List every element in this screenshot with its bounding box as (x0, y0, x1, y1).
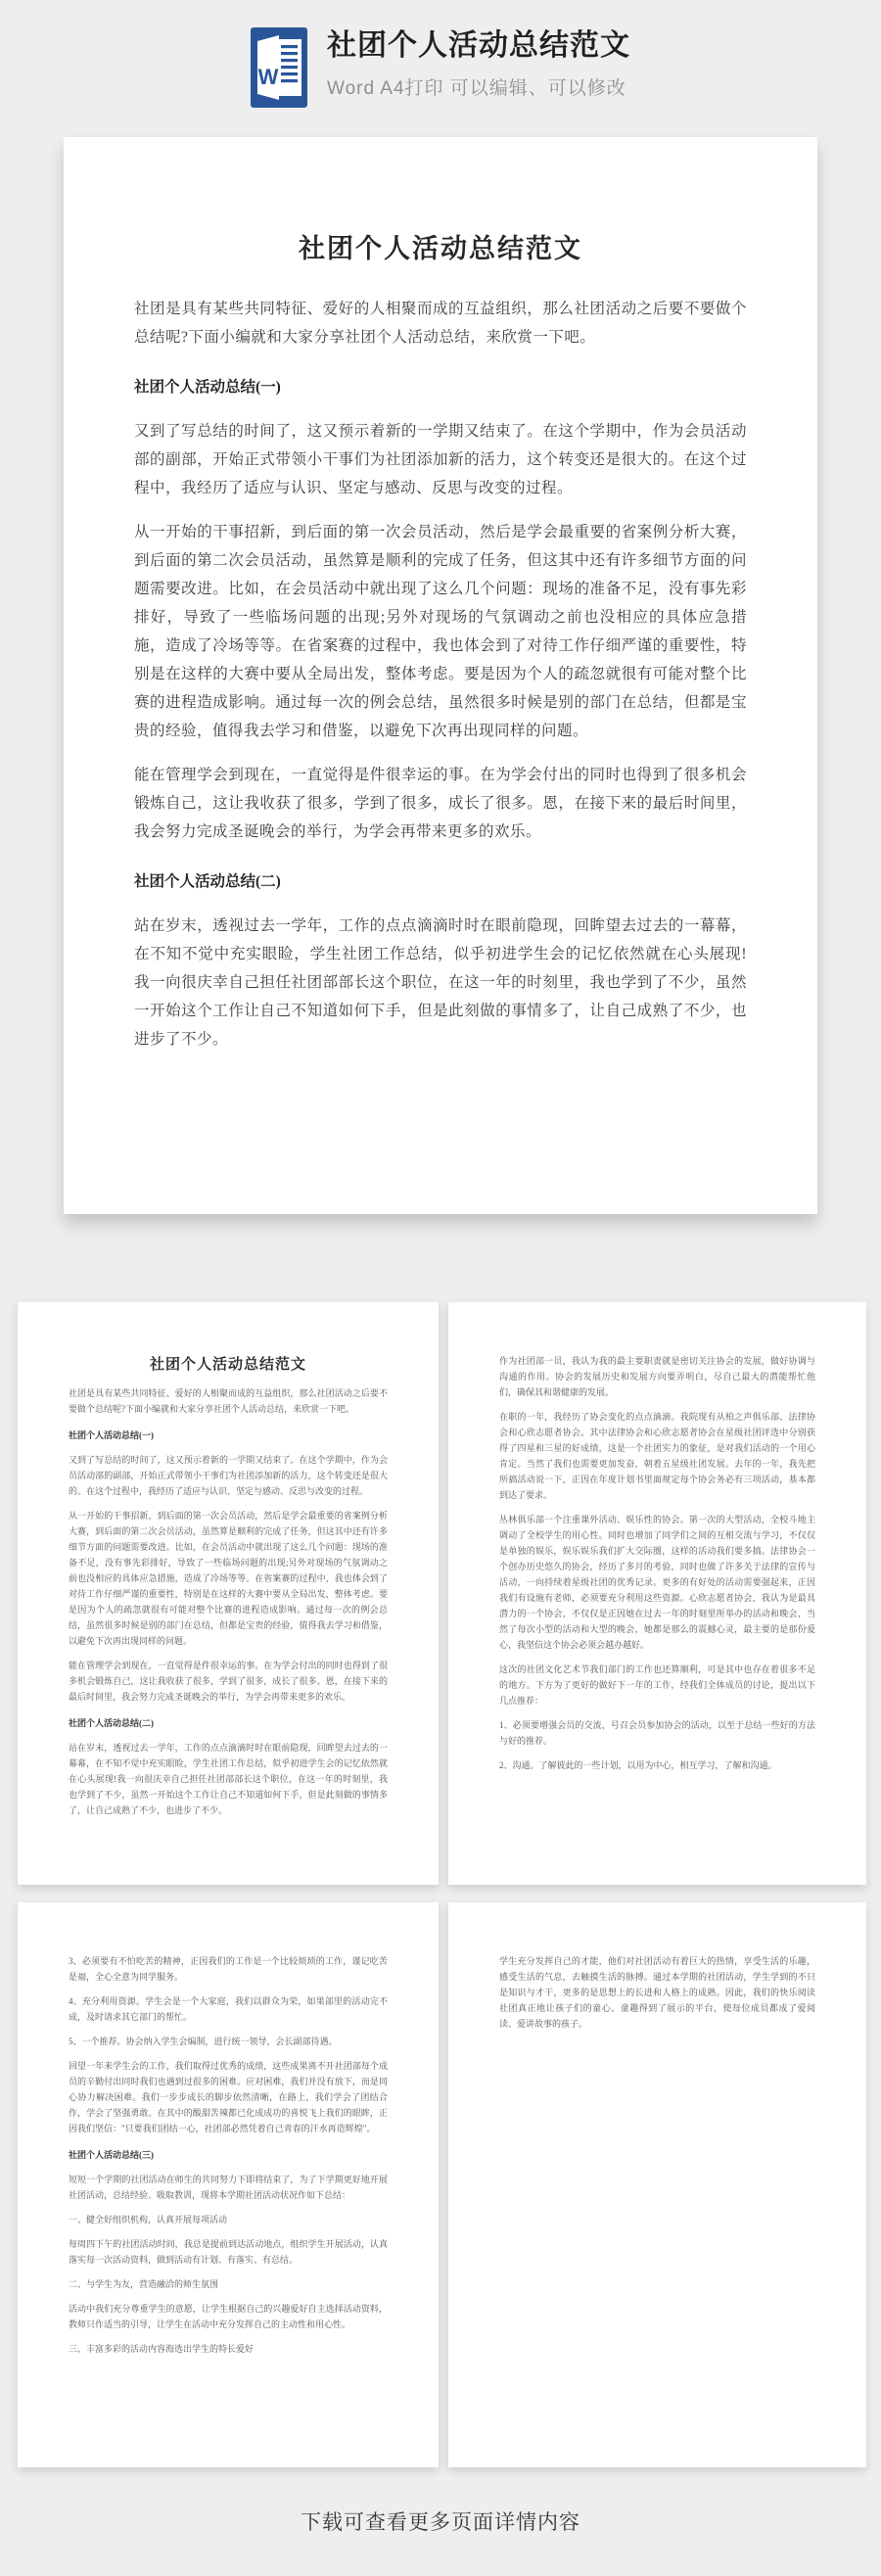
doc-heading: 社团个人活动总结(二) (69, 1715, 388, 1731)
page-thumbnail-2[interactable]: 作为社团部一员，我认为我的最主要职责就是密切关注协会的发展，做好协调与沟通的作用… (448, 1302, 866, 1885)
doc-heading: 社团个人活动总结(二) (134, 867, 747, 896)
doc-paragraph: 站在岁末，透视过去一学年，工作的点点滴滴时时在眼前隐现，回眸望去过去的一幕幕，在… (69, 1740, 388, 1818)
doc-paragraph: 每周四下午的社团活动时间，我总是提前到达活动地点，组织学生开展活动，认真落实每一… (69, 2236, 388, 2268)
doc-heading: 社团个人活动总结(一) (69, 1428, 388, 1443)
svg-text:W: W (258, 65, 279, 89)
doc-paragraph: 5、一个推荐。协会纳入学生会编制，进行统一领导，会长副部待遇。 (69, 2034, 388, 2049)
doc-paragraph: 1、必须要增强会员的交流，号召会员参加协会的活动，以至于总结一些好的方法与好的推… (499, 1717, 815, 1749)
doc-paragraph: 能在管理学会到现在，一直觉得是件很幸运的事。在为学会付出的同时也得到了很多机会锻… (69, 1658, 388, 1705)
doc-paragraph: 4、充分利用资源。学生会是一个大家庭，我们以群众为荣，如果部里的活动完不成，及时… (69, 1993, 388, 2025)
doc-paragraph: 丛林俱乐部一个注重课外活动、娱乐性的协会。第一次的大型活动，全校斗地主调动了全校… (499, 1512, 815, 1653)
header-text: 社团个人活动总结范文 Word A4打印 可以编辑、可以修改 (327, 27, 630, 100)
doc-paragraph: 在职的一年，我经历了协会变化的点点滴滴。我院现有从柏之声俱乐部、法律协会和心欣志… (499, 1409, 815, 1503)
doc-paragraph: 从一开始的干事招新，到后面的第一次会员活动，然后是学会最重要的省案例分析大赛，到… (69, 1508, 388, 1649)
doc-paragraph: 2、沟通。了解彼此的一些计划，以用为中心，相互学习，了解和沟通。 (499, 1757, 815, 1773)
doc-heading: 社团个人活动总结(三) (69, 2147, 388, 2163)
page-subtitle: Word A4打印 可以编辑、可以修改 (327, 73, 630, 100)
page-thumbnail-1[interactable]: 社团个人活动总结范文社团是具有某些共同特征、爱好的人相聚而成的互益组织，那么社团… (18, 1302, 439, 1885)
doc-paragraph: 三、丰富多彩的活动内容海选出学生的特长爱好 (69, 2341, 388, 2357)
header: W 社团个人活动总结范文 Word A4打印 可以编辑、可以修改 (0, 0, 881, 127)
doc-title: 社团个人活动总结范文 (134, 227, 747, 265)
doc-paragraph: 一、健全好组织机构，认真开展每项活动 (69, 2212, 388, 2227)
doc-paragraph: 短短一个学期的社团活动在师生的共同努力下即将结束了，为了下学期更好地开展社团活动… (69, 2172, 388, 2203)
page-thumbnail-3[interactable]: 3、必须要有不怕吃苦的精神，正因我们的工作是一个比较烦琐的工作，谨记吃苦是福，全… (18, 1902, 439, 2467)
doc-paragraph: 站在岁末，透视过去一学年，工作的点点滴滴时时在眼前隐现，回眸望去过去的一幕幕，在… (134, 912, 747, 1054)
doc-paragraph: 活动中我们充分尊重学生的意愿，让学生根据自己的兴趣爱好自主选择活动资料，教师只作… (69, 2301, 388, 2332)
doc-paragraph: 这次的社团文化艺术节我们部门的工作也还算顺利，可是其中也存在着很多不足的地方。下… (499, 1662, 815, 1709)
doc-paragraph: 又到了写总结的时间了，这又预示着新的一学期又结束了。在这个学期中，作为会员活动部… (69, 1452, 388, 1499)
doc-paragraph: 学生充分发挥自己的才能，他们对社团活动有着巨大的热情，享受生活的乐趣，感受生活的… (499, 1953, 815, 2032)
doc-paragraph: 从一开始的干事招新，到后面的第一次会员活动，然后是学会最重要的省案例分析大赛，到… (134, 518, 747, 745)
doc-paragraph: 又到了写总结的时间了，这又预示着新的一学期又结束了。在这个学期中，作为会员活动部… (134, 417, 747, 502)
doc-heading: 社团个人活动总结(一) (134, 373, 747, 401)
doc-paragraph: 回望一年来学生会的工作，我们取得过优秀的成绩，这些成果离不开社团部每个成员的辛勤… (69, 2058, 388, 2136)
page-title: 社团个人活动总结范文 (327, 27, 630, 65)
page-background: W 社团个人活动总结范文 Word A4打印 可以编辑、可以修改 社团个人活动总… (0, 0, 881, 2576)
doc-title: 社团个人活动总结范文 (69, 1353, 388, 1374)
doc-paragraph: 社团是具有某些共同特征、爱好的人相聚而成的互益组织，那么社团活动之后要不要做个总… (134, 295, 747, 351)
page-thumbnail-4[interactable]: 学生充分发挥自己的才能，他们对社团活动有着巨大的热情，享受生活的乐趣，感受生活的… (448, 1902, 866, 2467)
download-hint-text: 下载可查看更多页面详情内容 (0, 2506, 881, 2536)
word-icon: W (251, 27, 307, 108)
doc-paragraph: 社团是具有某些共同特征、爱好的人相聚而成的互益组织，那么社团活动之后要不要做个总… (69, 1385, 388, 1417)
doc-paragraph: 作为社团部一员，我认为我的最主要职责就是密切关注协会的发展，做好协调与沟通的作用… (499, 1353, 815, 1400)
doc-paragraph: 能在管理学会到现在，一直觉得是件很幸运的事。在为学会付出的同时也得到了很多机会锻… (134, 761, 747, 846)
doc-paragraph: 3、必须要有不怕吃苦的精神，正因我们的工作是一个比较烦琐的工作，谨记吃苦是福，全… (69, 1953, 388, 1985)
doc-paragraph: 二、与学生为友，营造融洽的师生氛围 (69, 2276, 388, 2292)
document-page-preview: 社团个人活动总结范文社团是具有某些共同特征、爱好的人相聚而成的互益组织，那么社团… (64, 137, 817, 1214)
